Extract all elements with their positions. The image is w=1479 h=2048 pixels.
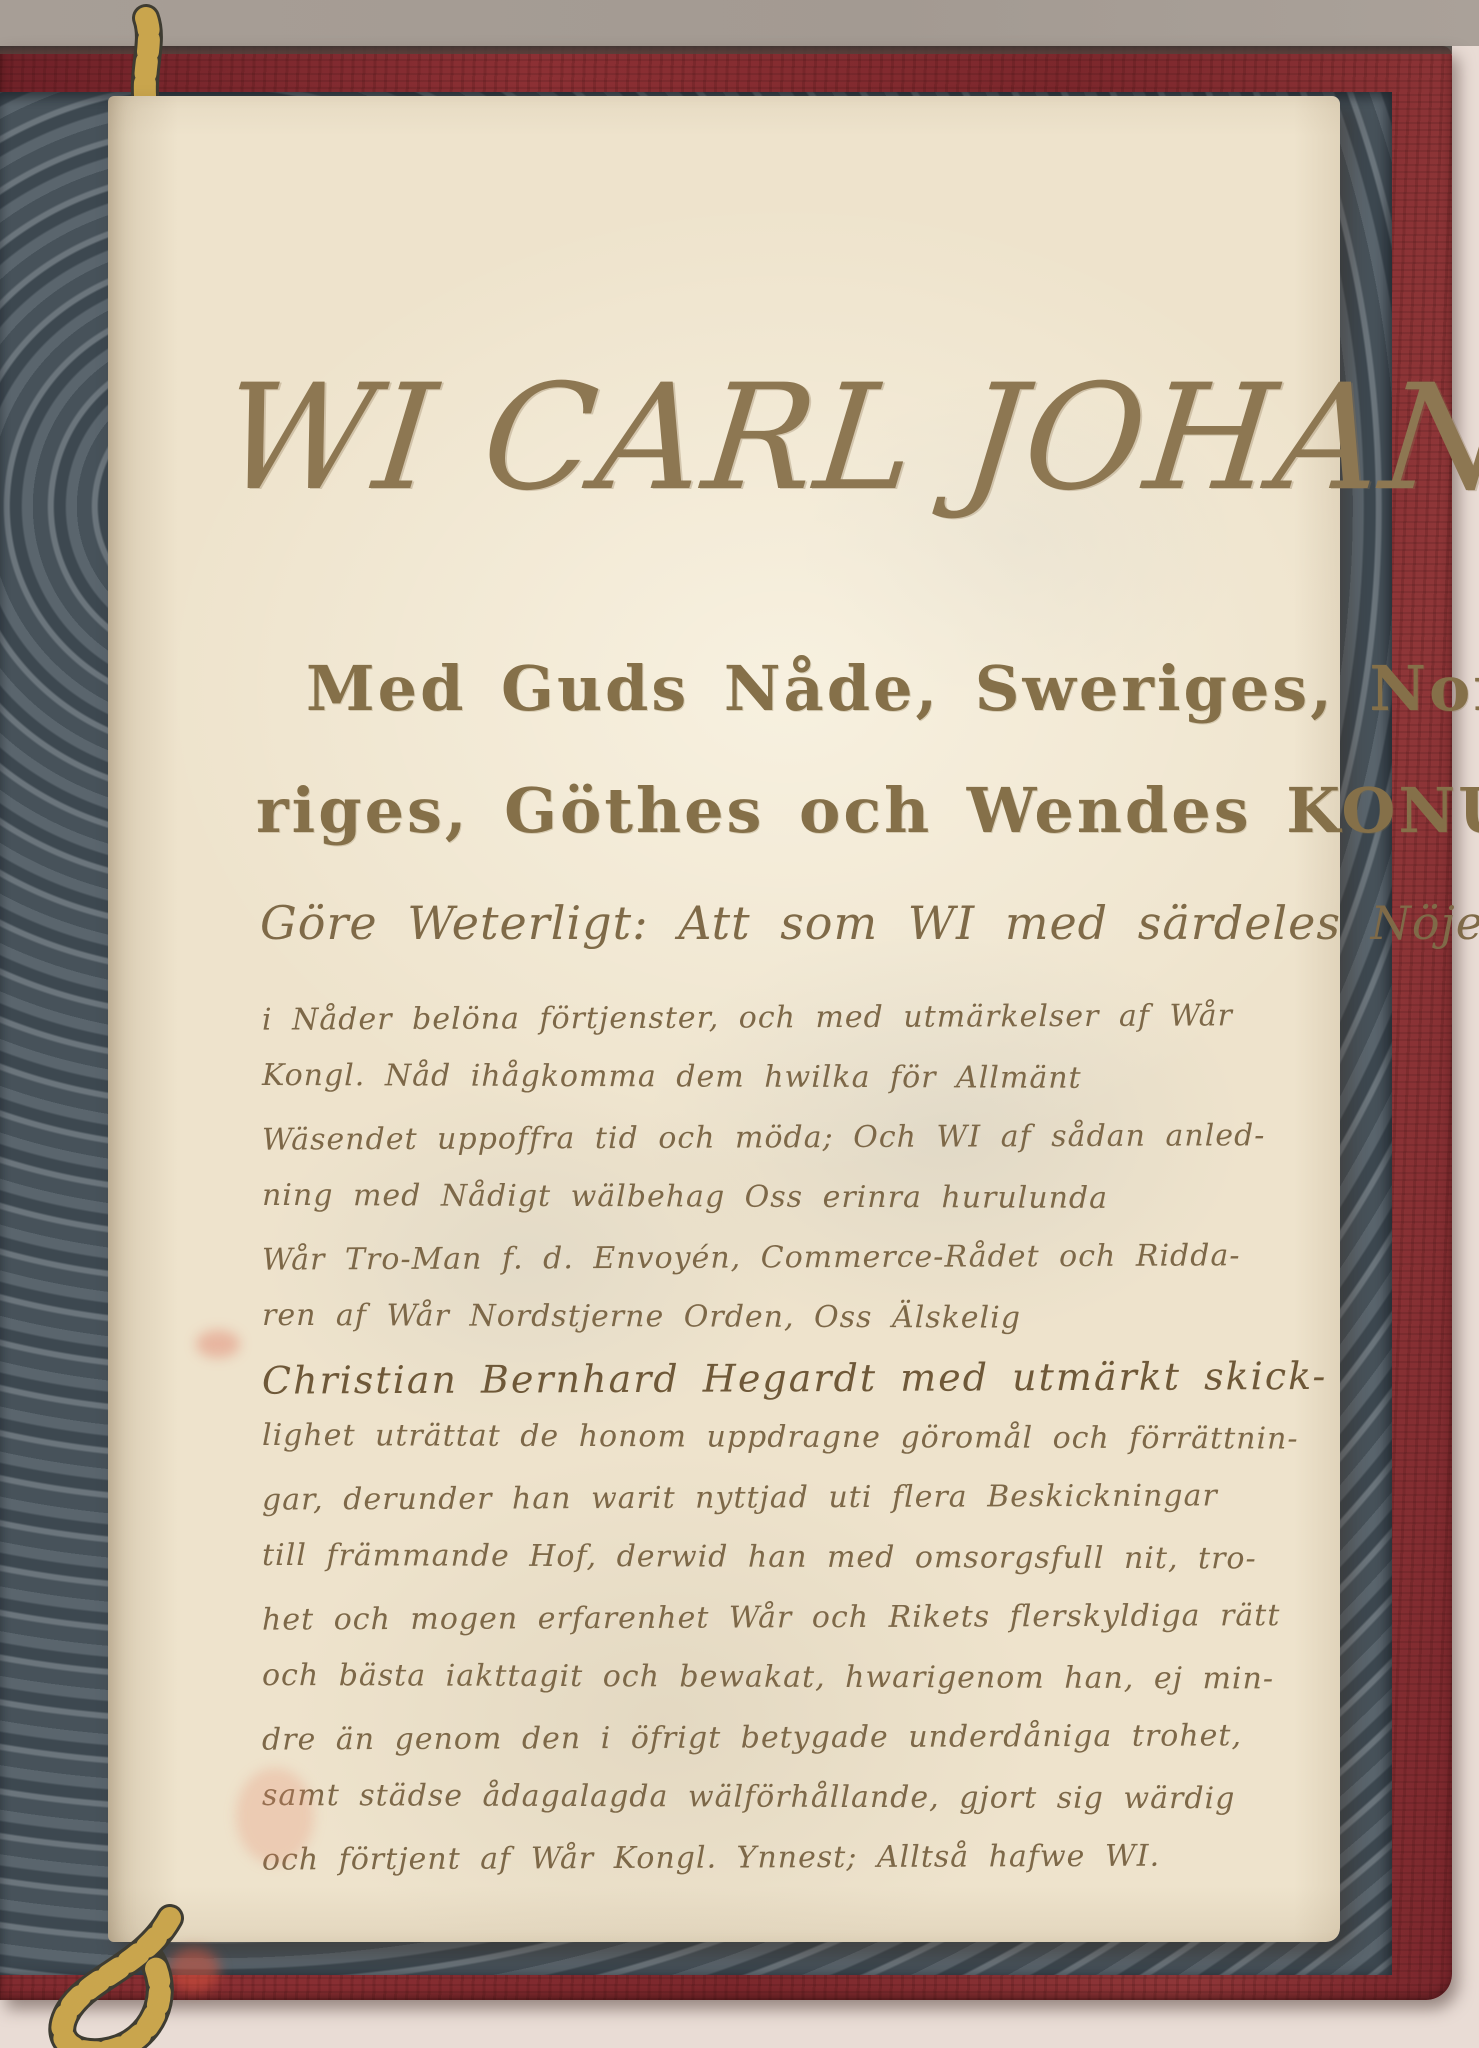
royal-monogram: WI CARL JOHAN (209, 300, 1454, 577)
backdrop-top-strip (0, 0, 1479, 46)
title-line-2: riges, Göthes och Wendes KONUNG (256, 774, 1479, 847)
manuscript-line: Wår Tro-Man f. d. Envoyén, Commerce-Råde… (262, 1225, 1442, 1290)
page-stain (168, 1948, 220, 1992)
title-line-1: Med Guds Nåde, Sweriges, Nor (306, 652, 1479, 725)
manuscript-photo: WI CARL JOHAN Med Guds Nåde, Sweriges, N… (0, 0, 1479, 2048)
manuscript-line: i Nåder belöna förtjenster, och med utmä… (262, 985, 1442, 1050)
manuscript-body: i Nåder belöna förtjenster, och med utmä… (262, 988, 1442, 1888)
page-stain (236, 1768, 314, 1864)
manuscript-line: het och mogen erfarenhet Wår och Rikets … (262, 1585, 1442, 1650)
manuscript-page: WI CARL JOHAN Med Guds Nåde, Sweriges, N… (108, 96, 1340, 1942)
manuscript-line: och förtjent af Wår Kongl. Ynnest; Allts… (262, 1825, 1442, 1890)
opening-line: Göre Weterligt: Att som WI med särdeles … (260, 896, 1479, 950)
manuscript-line: Christian Bernhard Hegardt med utmärkt s… (262, 1345, 1442, 1410)
manuscript-line: gar, derunder han warit nyttjad uti fler… (262, 1465, 1442, 1530)
manuscript-line: lighet uträttat de honom uppdragne görom… (262, 1406, 1442, 1470)
page-stain (196, 1330, 240, 1358)
manuscript-line: till främmande Hof, derwid han med omsor… (262, 1526, 1442, 1590)
manuscript-line: ren af Wår Nordstjerne Orden, Oss Älskel… (262, 1286, 1442, 1350)
manuscript-line: samt städse ådagalagda wälförhållande, g… (262, 1766, 1442, 1830)
manuscript-line: ning med Nådigt wälbehag Oss erinra huru… (262, 1166, 1442, 1230)
manuscript-line: och bästa iakttagit och bewakat, hwarige… (262, 1646, 1442, 1710)
manuscript-line: dre än genom den i öfrigt betygade under… (262, 1705, 1442, 1770)
manuscript-line: Kongl. Nåd ihågkomma dem hwilka för Allm… (262, 1046, 1442, 1110)
cover-top-edge (0, 46, 1452, 54)
manuscript-line: Wäsendet uppoffra tid och möda; Och WI a… (262, 1105, 1442, 1170)
